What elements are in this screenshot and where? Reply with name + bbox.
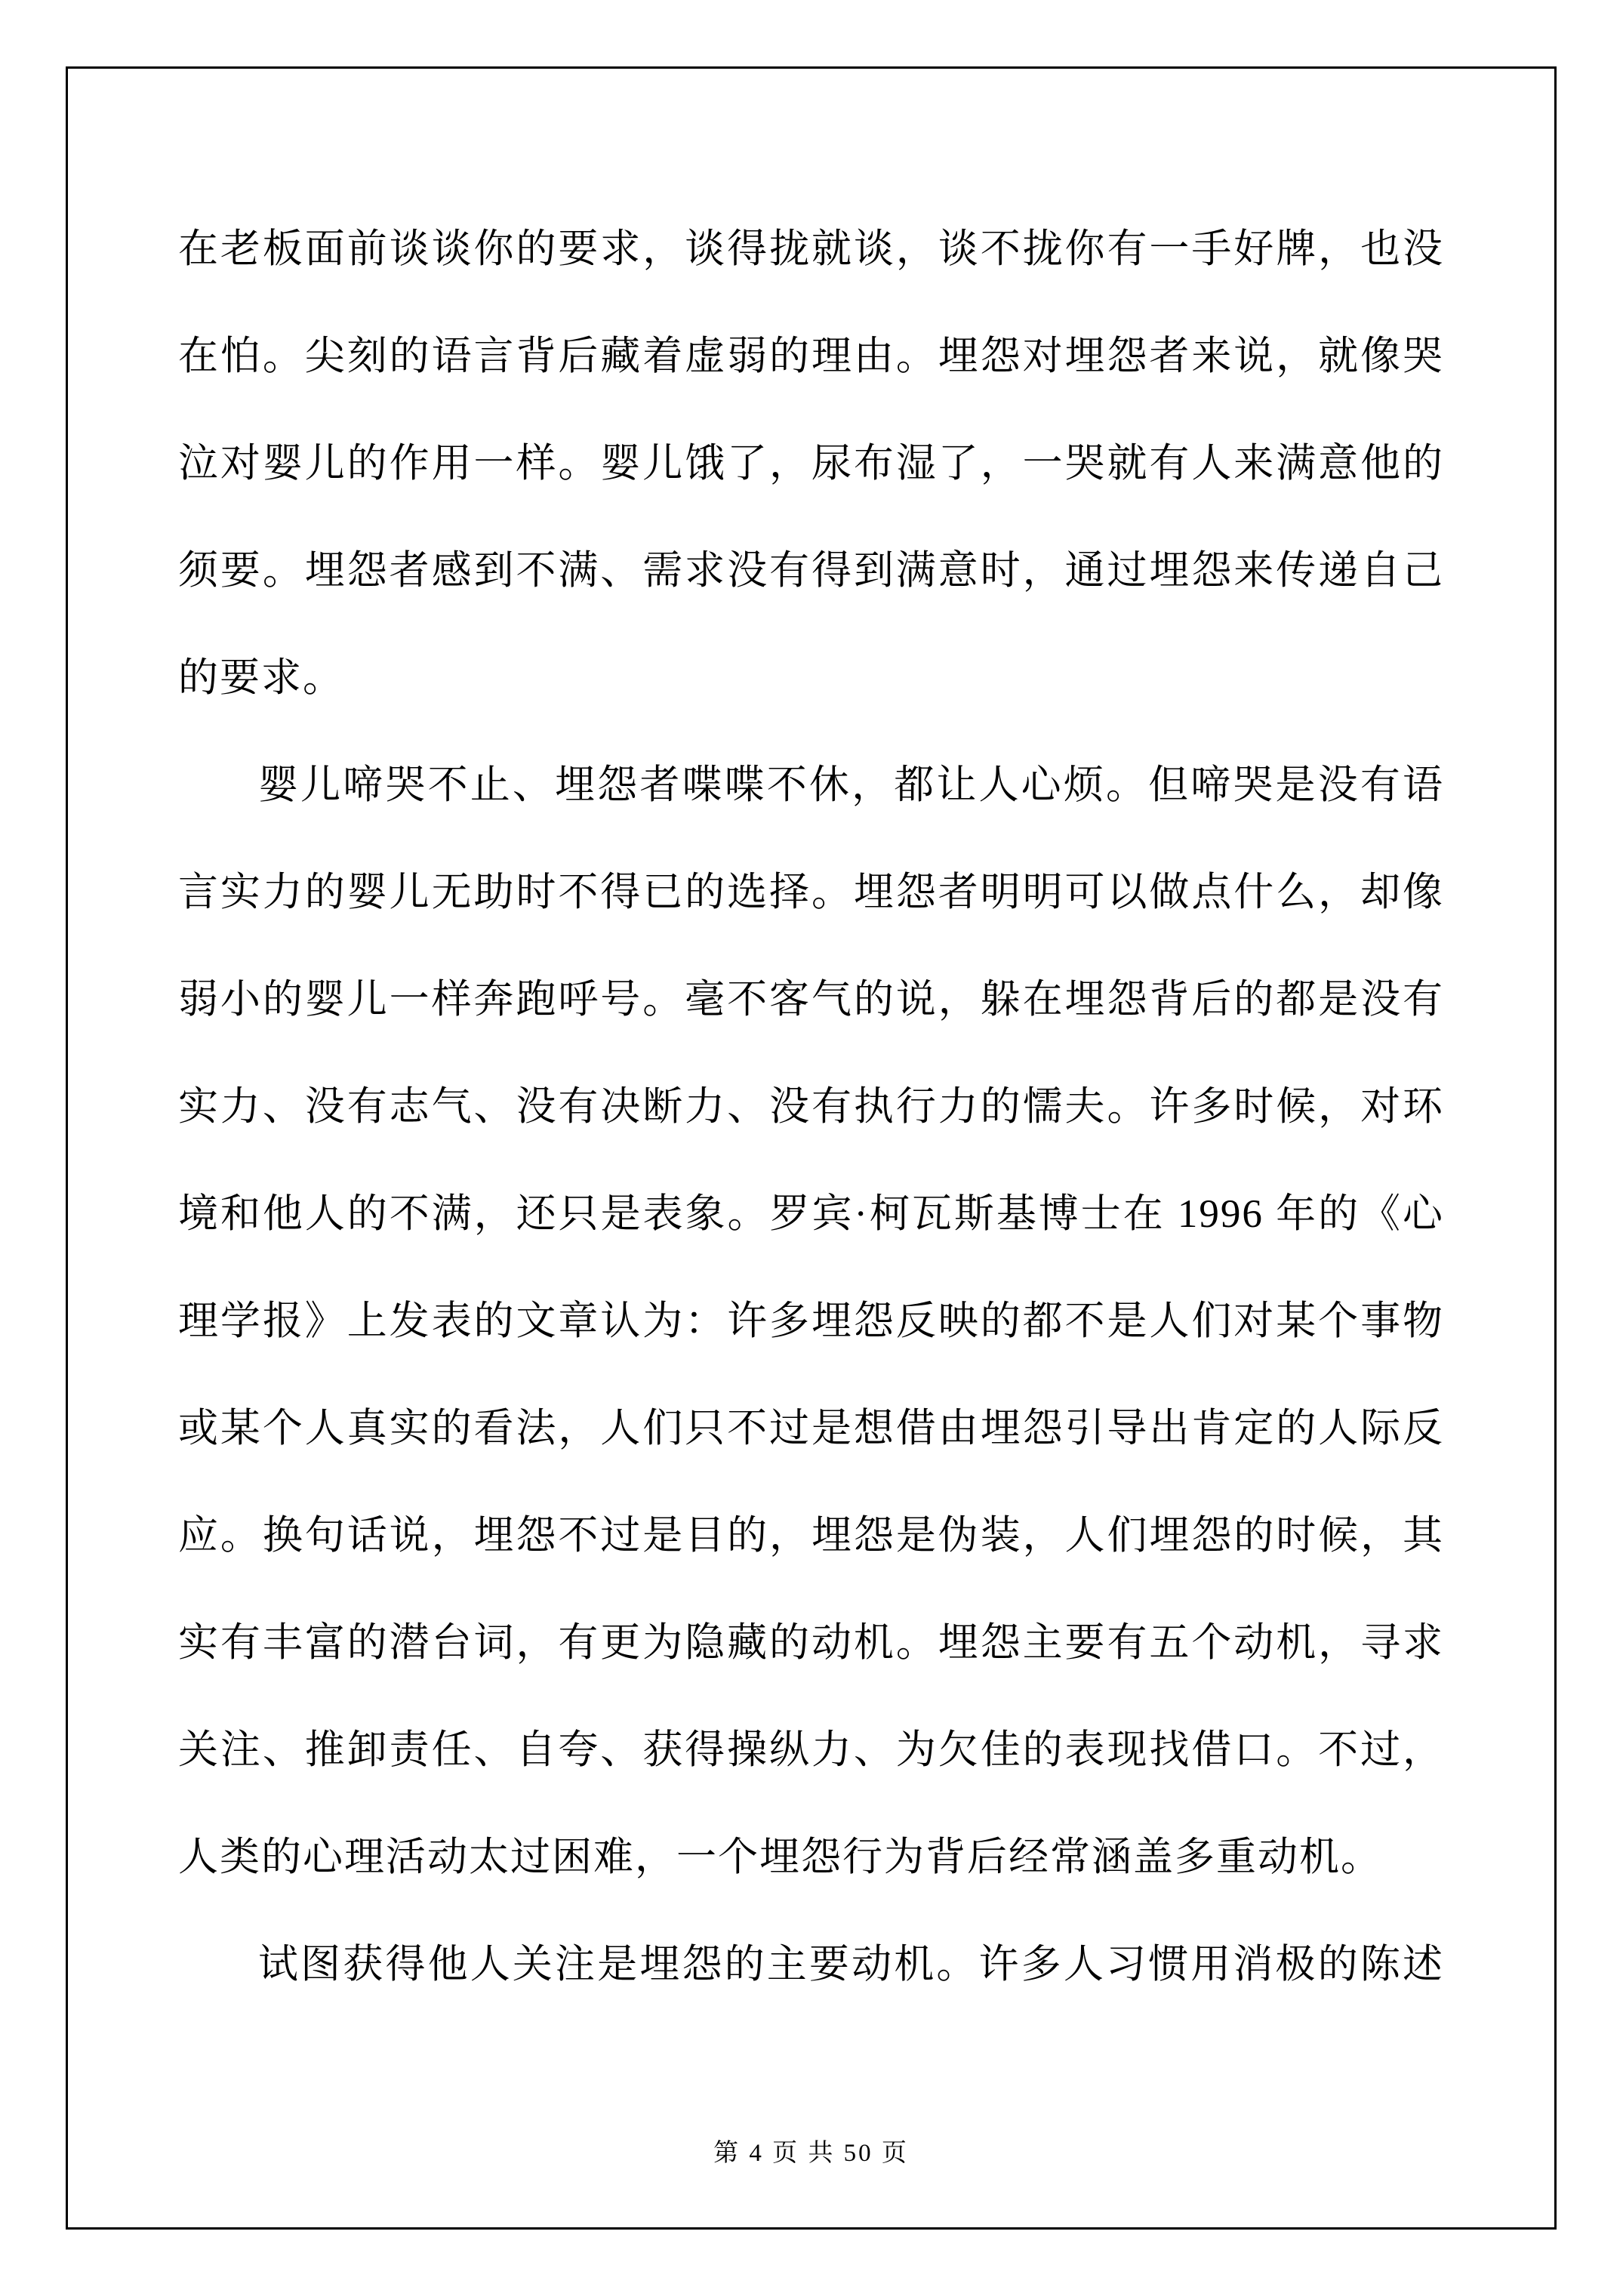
text-line: 须要。埋怨者感到不满、需求没有得到满意时，通过埋怨来传递自己	[178, 517, 1444, 624]
text-line: 的要求。	[178, 624, 1444, 732]
text-line: 在老板面前谈谈你的要求，谈得拢就谈，谈不拢你有一手好牌，也没	[178, 196, 1444, 303]
text-line: 弱小的婴儿一样奔跑呼号。毫不客气的说，躲在埋怨背后的都是没有	[178, 946, 1444, 1053]
text-line-paragraph-start: 婴儿啼哭不止、埋怨者喋喋不休，都让人心烦。但啼哭是没有语	[178, 732, 1444, 839]
text-line: 在怕。尖刻的语言背后藏着虚弱的理由。埋怨对埋怨者来说，就像哭	[178, 303, 1444, 410]
page-number-footer: 第 4 页 共 50 页	[68, 2133, 1554, 2168]
text-line: 应。换句话说，埋怨不过是目的，埋怨是伪装，人们埋怨的时候，其	[178, 1482, 1444, 1589]
document-body-text: 在老板面前谈谈你的要求，谈得拢就谈，谈不拢你有一手好牌，也没 在怕。尖刻的语言背…	[178, 196, 1444, 2018]
text-line: 关注、推卸责任、自夸、获得操纵力、为欠佳的表现找借口。不过，	[178, 1697, 1444, 1804]
text-line: 实有丰富的潜台词，有更为隐藏的动机。埋怨主要有五个动机，寻求	[178, 1589, 1444, 1697]
text-line-paragraph-start: 试图获得他人关注是埋怨的主要动机。许多人习惯用消极的陈述	[178, 1911, 1444, 2018]
page-border-frame: 在老板面前谈谈你的要求，谈得拢就谈，谈不拢你有一手好牌，也没 在怕。尖刻的语言背…	[66, 66, 1557, 2230]
document-page: { "document": { "lines": [ { "text": "在老…	[0, 0, 1623, 2296]
text-line: 或某个人真实的看法，人们只不过是想借由埋怨引导出肯定的人际反	[178, 1375, 1444, 1482]
text-line: 境和他人的不满，还只是表象。罗宾·柯瓦斯基博士在 1996 年的《心	[178, 1160, 1444, 1268]
text-line: 理学报》上发表的文章认为：许多埋怨反映的都不是人们对某个事物	[178, 1268, 1444, 1375]
text-line: 实力、没有志气、没有决断力、没有执行力的懦夫。许多时候，对环	[178, 1053, 1444, 1160]
text-line: 泣对婴儿的作用一样。婴儿饿了，尿布湿了，一哭就有人来满意他的	[178, 410, 1444, 517]
text-line: 言实力的婴儿无助时不得已的选择。埋怨者明明可以做点什么，却像	[178, 839, 1444, 946]
text-line: 人类的心理活动太过困难，一个埋怨行为背后经常涵盖多重动机。	[178, 1804, 1444, 1911]
